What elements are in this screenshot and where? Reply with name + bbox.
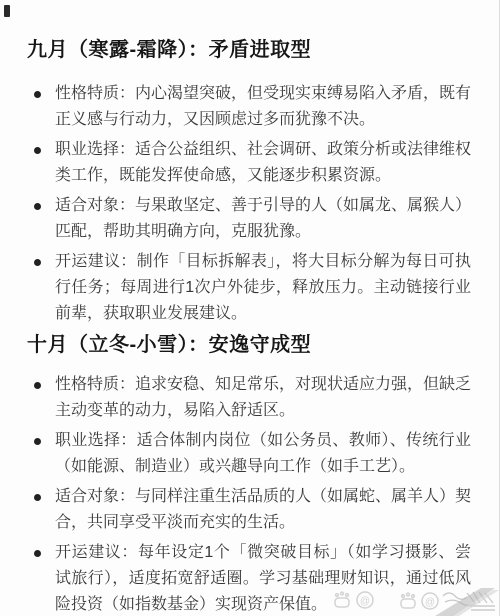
bullet-text: 适合对象：与果敢坚定、善于引导的人（如属龙、属猴人）匹配，帮助其明确方向，克服犹… [55,193,471,245]
bullet-icon [34,550,41,557]
section-title-october: 十月（立冬-小雪）：安逸守成型 [27,331,472,359]
bullet-list-october: 性格特质：追求安稳、知足常乐，对现状适应力强，但缺乏主动变革的动力，易陷入舒适区… [27,372,472,616]
bullet-text: 性格特质：追求安稳、知足常乐，对现状适应力强，但缺乏主动变革的动力，易陷入舒适区… [55,372,471,424]
bullet-text: 开运建议：制作「目标拆解表」，将大目标分解为每日可执行任务；每周进行1次户外徒步… [55,249,471,327]
bullet-icon [34,494,41,501]
bullet-icon [34,91,41,98]
list-item: 适合对象：与同样注重生活品质的人（如属蛇、属羊人）契合，共同享受平淡而充实的生活… [34,484,472,536]
bullet-list-september: 性格特质：内心渴望突破，但受现实束缚易陷入矛盾，既有正义感与行动力，又因顾虑过多… [27,81,472,327]
bullet-text: 适合对象：与同样注重生活品质的人（如属蛇、属羊人）契合，共同享受平淡而充实的生活… [55,484,471,536]
list-item: 职业选择：适合体制内岗位（如公务员、教师）、传统行业（如能源、制造业）或兴趣导向… [34,428,472,480]
section-title-september: 九月（寒露-霜降）：矛盾进取型 [27,36,472,64]
bullet-icon [34,438,41,445]
list-item: 开运建议：制作「目标拆解表」，将大目标分解为每日可执行任务；每周进行1次户外徒步… [34,249,472,327]
bullet-icon [34,259,41,266]
bullet-icon [34,382,41,389]
bullet-icon [34,203,41,210]
bullet-text: 职业选择：适合公益组织、社会调研、政策分析或法律维权类工作，既能发挥使命感，又能… [55,137,471,189]
list-item: 开运建议：每年设定1个「微突破目标」（如学习摄影、尝试旅行），适度拓宽舒适圈。学… [34,540,472,616]
list-item: 适合对象：与果敢坚定、善于引导的人（如属龙、属猴人）匹配，帮助其明确方向，克服犹… [34,193,472,245]
list-item: 性格特质：内心渴望突破，但受现实束缚易陷入矛盾，既有正义感与行动力，又因顾虑过多… [34,81,472,133]
list-item: 职业选择：适合公益组织、社会调研、政策分析或法律维权类工作，既能发挥使命感，又能… [34,137,472,189]
bullet-icon [34,147,41,154]
article-page: 九月（寒露-霜降）：矛盾进取型 性格特质：内心渴望突破，但受现实束缚易陷入矛盾，… [0,0,500,616]
bullet-text: 开运建议：每年设定1个「微突破目标」（如学习摄影、尝试旅行），适度拓宽舒适圈。学… [55,540,471,616]
bullet-text: 性格特质：内心渴望突破，但受现实束缚易陷入矛盾，既有正义感与行动力，又因顾虑过多… [55,81,471,133]
article-content: 九月（寒露-霜降）：矛盾进取型 性格特质：内心渴望突破，但受现实束缚易陷入矛盾，… [0,0,499,616]
corner-artifact-mark [4,5,10,17]
list-item: 性格特质：追求安稳、知足常乐，对现状适应力强，但缺乏主动变革的动力，易陷入舒适区… [34,372,472,424]
bullet-text: 职业选择：适合体制内岗位（如公务员、教师）、传统行业（如能源、制造业）或兴趣导向… [55,428,471,480]
